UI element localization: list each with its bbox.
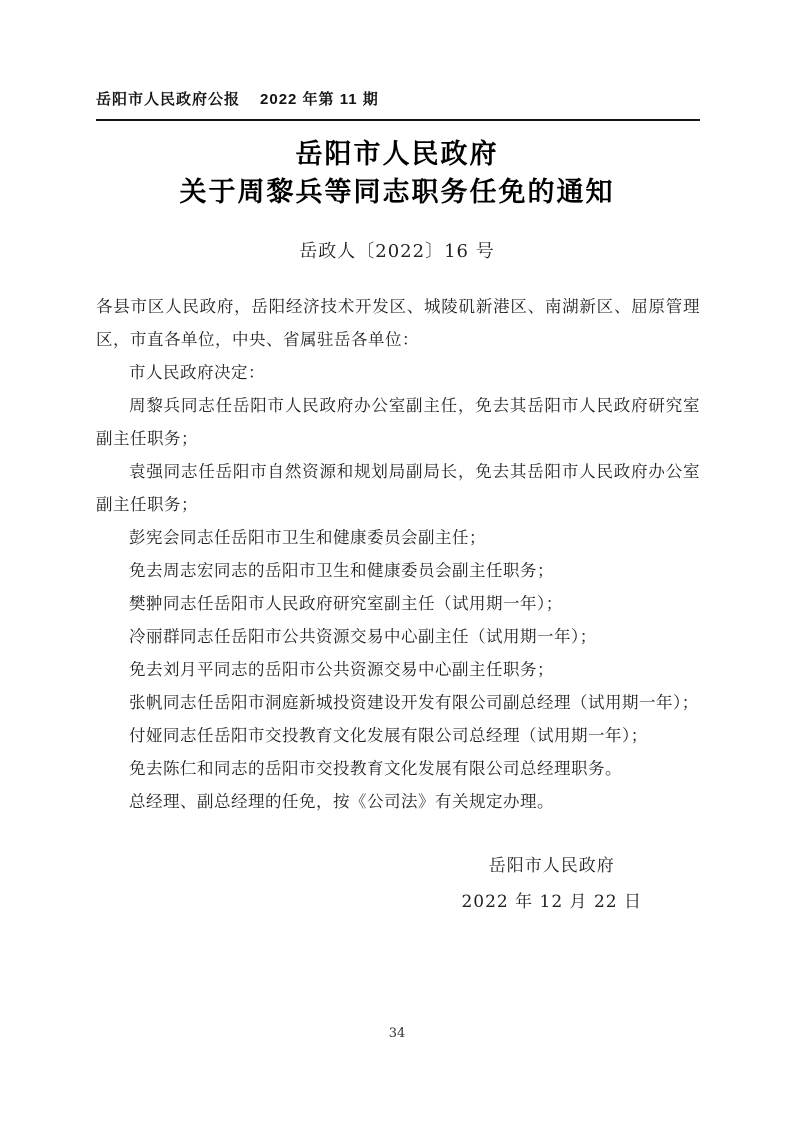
page-header: 岳阳市人民政府公报2022 年第 11 期 bbox=[96, 88, 700, 121]
page-number: 34 bbox=[0, 1026, 794, 1041]
body-paragraph: 总经理、副总经理的任免，按《公司法》有关规定办理。 bbox=[96, 785, 700, 818]
body-paragraph: 市人民政府决定： bbox=[96, 356, 700, 389]
body-paragraph: 张帆同志任岳阳市洞庭新城投资建设开发有限公司副总经理（试用期一年）； bbox=[96, 686, 700, 719]
document-number: 岳政人〔2022〕16 号 bbox=[0, 237, 794, 263]
body-paragraph: 周黎兵同志任岳阳市人民政府办公室副主任，免去其岳阳市人民政府研究室副主任职务； bbox=[96, 389, 700, 455]
title-line-1: 岳阳市人民政府 bbox=[0, 136, 794, 174]
body-paragraph: 袁强同志任岳阳市自然资源和规划局副局长，免去其岳阳市人民政府办公室副主任职务； bbox=[96, 455, 700, 521]
body-paragraph: 免去刘月平同志的岳阳市公共资源交易中心副主任职务； bbox=[96, 653, 700, 686]
body-paragraph: 免去陈仁和同志的岳阳市交投教育文化发展有限公司总经理职务。 bbox=[96, 752, 700, 785]
signature-date: 2022 年 12 月 22 日 bbox=[461, 884, 642, 920]
document-body: 各县市区人民政府，岳阳经济技术开发区、城陵矶新港区、南湖新区、屈原管理区，市直各… bbox=[96, 290, 700, 818]
body-paragraph: 付娅同志任岳阳市交投教育文化发展有限公司总经理（试用期一年）； bbox=[96, 719, 700, 752]
body-paragraph: 樊翀同志任岳阳市人民政府研究室副主任（试用期一年）； bbox=[96, 587, 700, 620]
masthead-title: 岳阳市人民政府公报 bbox=[96, 91, 240, 108]
document-page: 岳阳市人民政府公报2022 年第 11 期 岳阳市人民政府 关于周黎兵等同志职务… bbox=[0, 0, 794, 1122]
title-line-2: 关于周黎兵等同志职务任免的通知 bbox=[0, 174, 794, 212]
body-paragraph: 免去周志宏同志的岳阳市卫生和健康委员会副主任职务； bbox=[96, 554, 700, 587]
signature-name: 岳阳市人民政府 bbox=[461, 848, 642, 884]
salutation: 各县市区人民政府，岳阳经济技术开发区、城陵矶新港区、南湖新区、屈原管理区，市直各… bbox=[96, 290, 700, 356]
body-paragraph: 冷丽群同志任岳阳市公共资源交易中心副主任（试用期一年）； bbox=[96, 620, 700, 653]
signature-block: 岳阳市人民政府 2022 年 12 月 22 日 bbox=[461, 848, 642, 920]
document-title: 岳阳市人民政府 关于周黎兵等同志职务任免的通知 bbox=[0, 136, 794, 212]
issue-number: 2022 年第 11 期 bbox=[260, 91, 379, 108]
body-paragraph: 彭宪会同志任岳阳市卫生和健康委员会副主任； bbox=[96, 521, 700, 554]
